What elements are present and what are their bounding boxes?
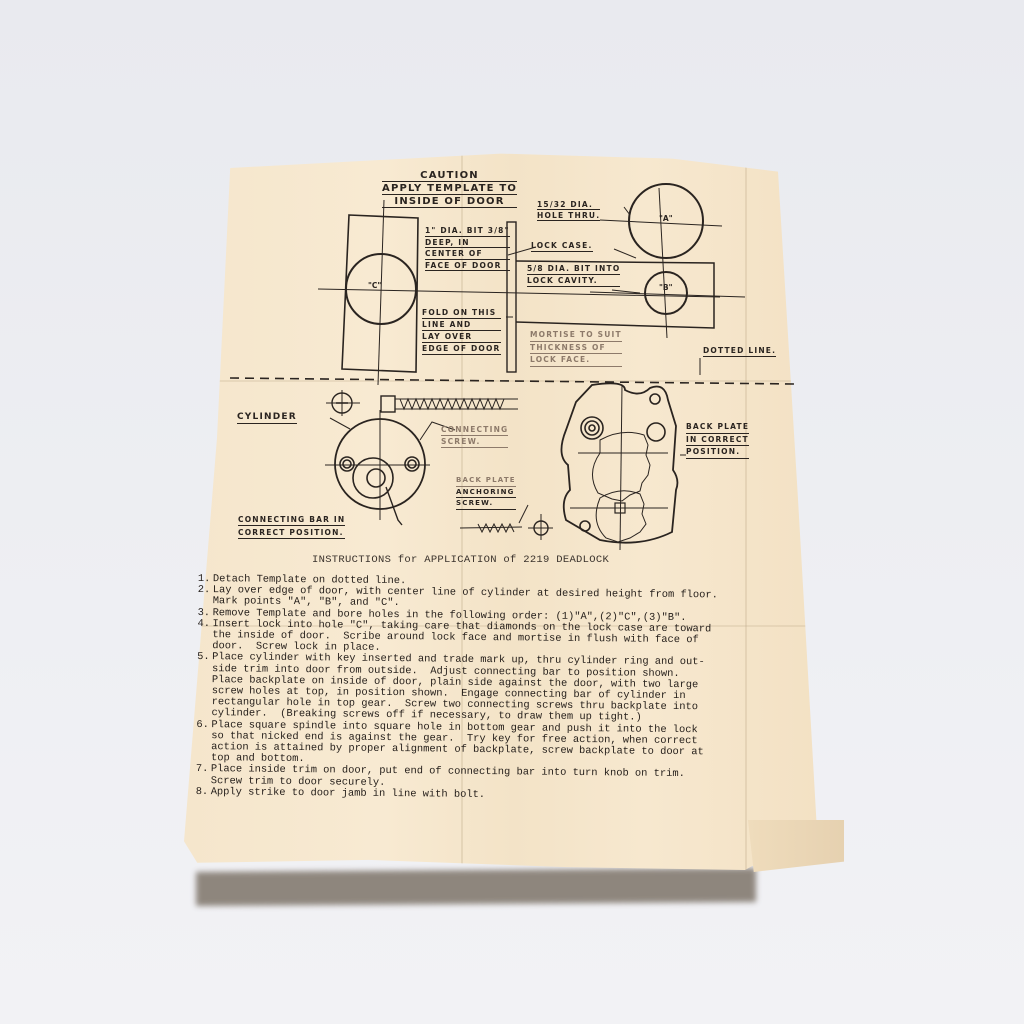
label-line: 5/8 DIA. BIT INTO	[527, 264, 620, 275]
label-line: BACK PLATE	[456, 476, 516, 487]
label-anchoring-screw: BACK PLATE ANCHORING SCREW.	[456, 476, 516, 511]
label-line: LOCK CASE.	[531, 240, 593, 252]
label-dotted-line: DOTTED LINE.	[703, 345, 776, 358]
label-line: SCREW.	[441, 437, 508, 448]
label-line: THICKNESS OF	[530, 343, 622, 355]
point-a-label: "A"	[659, 213, 673, 224]
step-text: Place cylinder with key inserted and tra…	[211, 653, 704, 725]
fold-crease	[184, 380, 844, 382]
label-fold: FOLD ON THIS LINE AND LAY OVER EDGE OF D…	[422, 308, 501, 356]
caution-title: CAUTION	[382, 170, 517, 182]
caution-note: CAUTION APPLY TEMPLATE TO INSIDE OF DOOR	[382, 170, 517, 209]
label-line: ANCHORING	[456, 488, 516, 499]
label-line: HOLE THRU.	[537, 211, 600, 221]
label-line: LAY OVER	[422, 332, 501, 343]
point-c-label: "C"	[368, 280, 381, 291]
label-line: DOTTED LINE.	[703, 345, 776, 357]
instructions-heading: INSTRUCTIONS for APPLICATION of 2219 DEA…	[312, 554, 609, 566]
step-number: 5.	[196, 652, 212, 719]
label-bit-b: 5/8 DIA. BIT INTO LOCK CAVITY.	[527, 264, 620, 288]
label-line: CONNECTING	[441, 425, 508, 436]
label-line: LOCK FACE.	[530, 355, 622, 367]
paper-flap	[748, 820, 844, 872]
caution-line-2: INSIDE OF DOOR	[382, 196, 517, 208]
label-line: DEEP, IN	[425, 238, 510, 249]
label-line: POSITION.	[686, 447, 749, 459]
point-b-label: "B"	[659, 282, 673, 293]
label-line: IN CORRECT	[686, 435, 749, 447]
step-number: 8.	[196, 787, 211, 798]
label-mortise: MORTISE TO SUIT THICKNESS OF LOCK FACE.	[530, 330, 622, 368]
instruction-step: 5.Place cylinder with key inserted and t…	[196, 652, 817, 726]
label-bit-c: 1" DIA. BIT 3/8" DEEP, IN CENTER OF FACE…	[425, 226, 510, 272]
label-line: MORTISE TO SUIT	[530, 330, 622, 342]
label-connecting-screw: CONNECTING SCREW.	[441, 425, 508, 449]
step-number: 2.	[198, 585, 213, 608]
instruction-step: 6.Place square spindle into square hole …	[196, 720, 816, 771]
label-connecting-bar: CONNECTING BAR IN CORRECT POSITION.	[238, 514, 345, 540]
label-line: FOLD ON THIS	[422, 308, 501, 319]
step-text: Place square spindle into square hole in…	[211, 720, 704, 770]
label-line: CENTER OF	[425, 249, 510, 260]
step-number: 4.	[197, 619, 212, 653]
label-cylinder: CYLINDER	[237, 412, 297, 425]
caution-line-1: APPLY TEMPLATE TO	[382, 183, 517, 195]
paper-shadow	[196, 868, 756, 906]
label-line: FACE OF DOOR	[425, 261, 510, 272]
label-line: SCREW.	[456, 499, 516, 510]
label-line: 1" DIA. BIT 3/8"	[425, 226, 510, 237]
label-line: CONNECTING BAR IN	[238, 514, 345, 526]
label-hole-a: 15/32 DIA. HOLE THRU.	[537, 200, 600, 222]
instruction-steps: 1.Detach Template on dotted line. 2.Lay …	[196, 574, 818, 805]
label-lock-case: LOCK CASE.	[531, 240, 593, 253]
step-number: 6.	[196, 720, 211, 765]
label-line: LOCK CAVITY.	[527, 276, 620, 287]
label-back-plate: BACK PLATE IN CORRECT POSITION.	[686, 422, 749, 460]
label-line: 15/32 DIA.	[537, 200, 600, 210]
label-line: EDGE OF DOOR	[422, 344, 501, 355]
label-line: BACK PLATE	[686, 422, 749, 434]
label-line: LINE AND	[422, 320, 501, 331]
label-line: CYLINDER	[237, 412, 297, 424]
step-number: 7.	[196, 764, 211, 787]
label-line: CORRECT POSITION.	[238, 527, 345, 539]
